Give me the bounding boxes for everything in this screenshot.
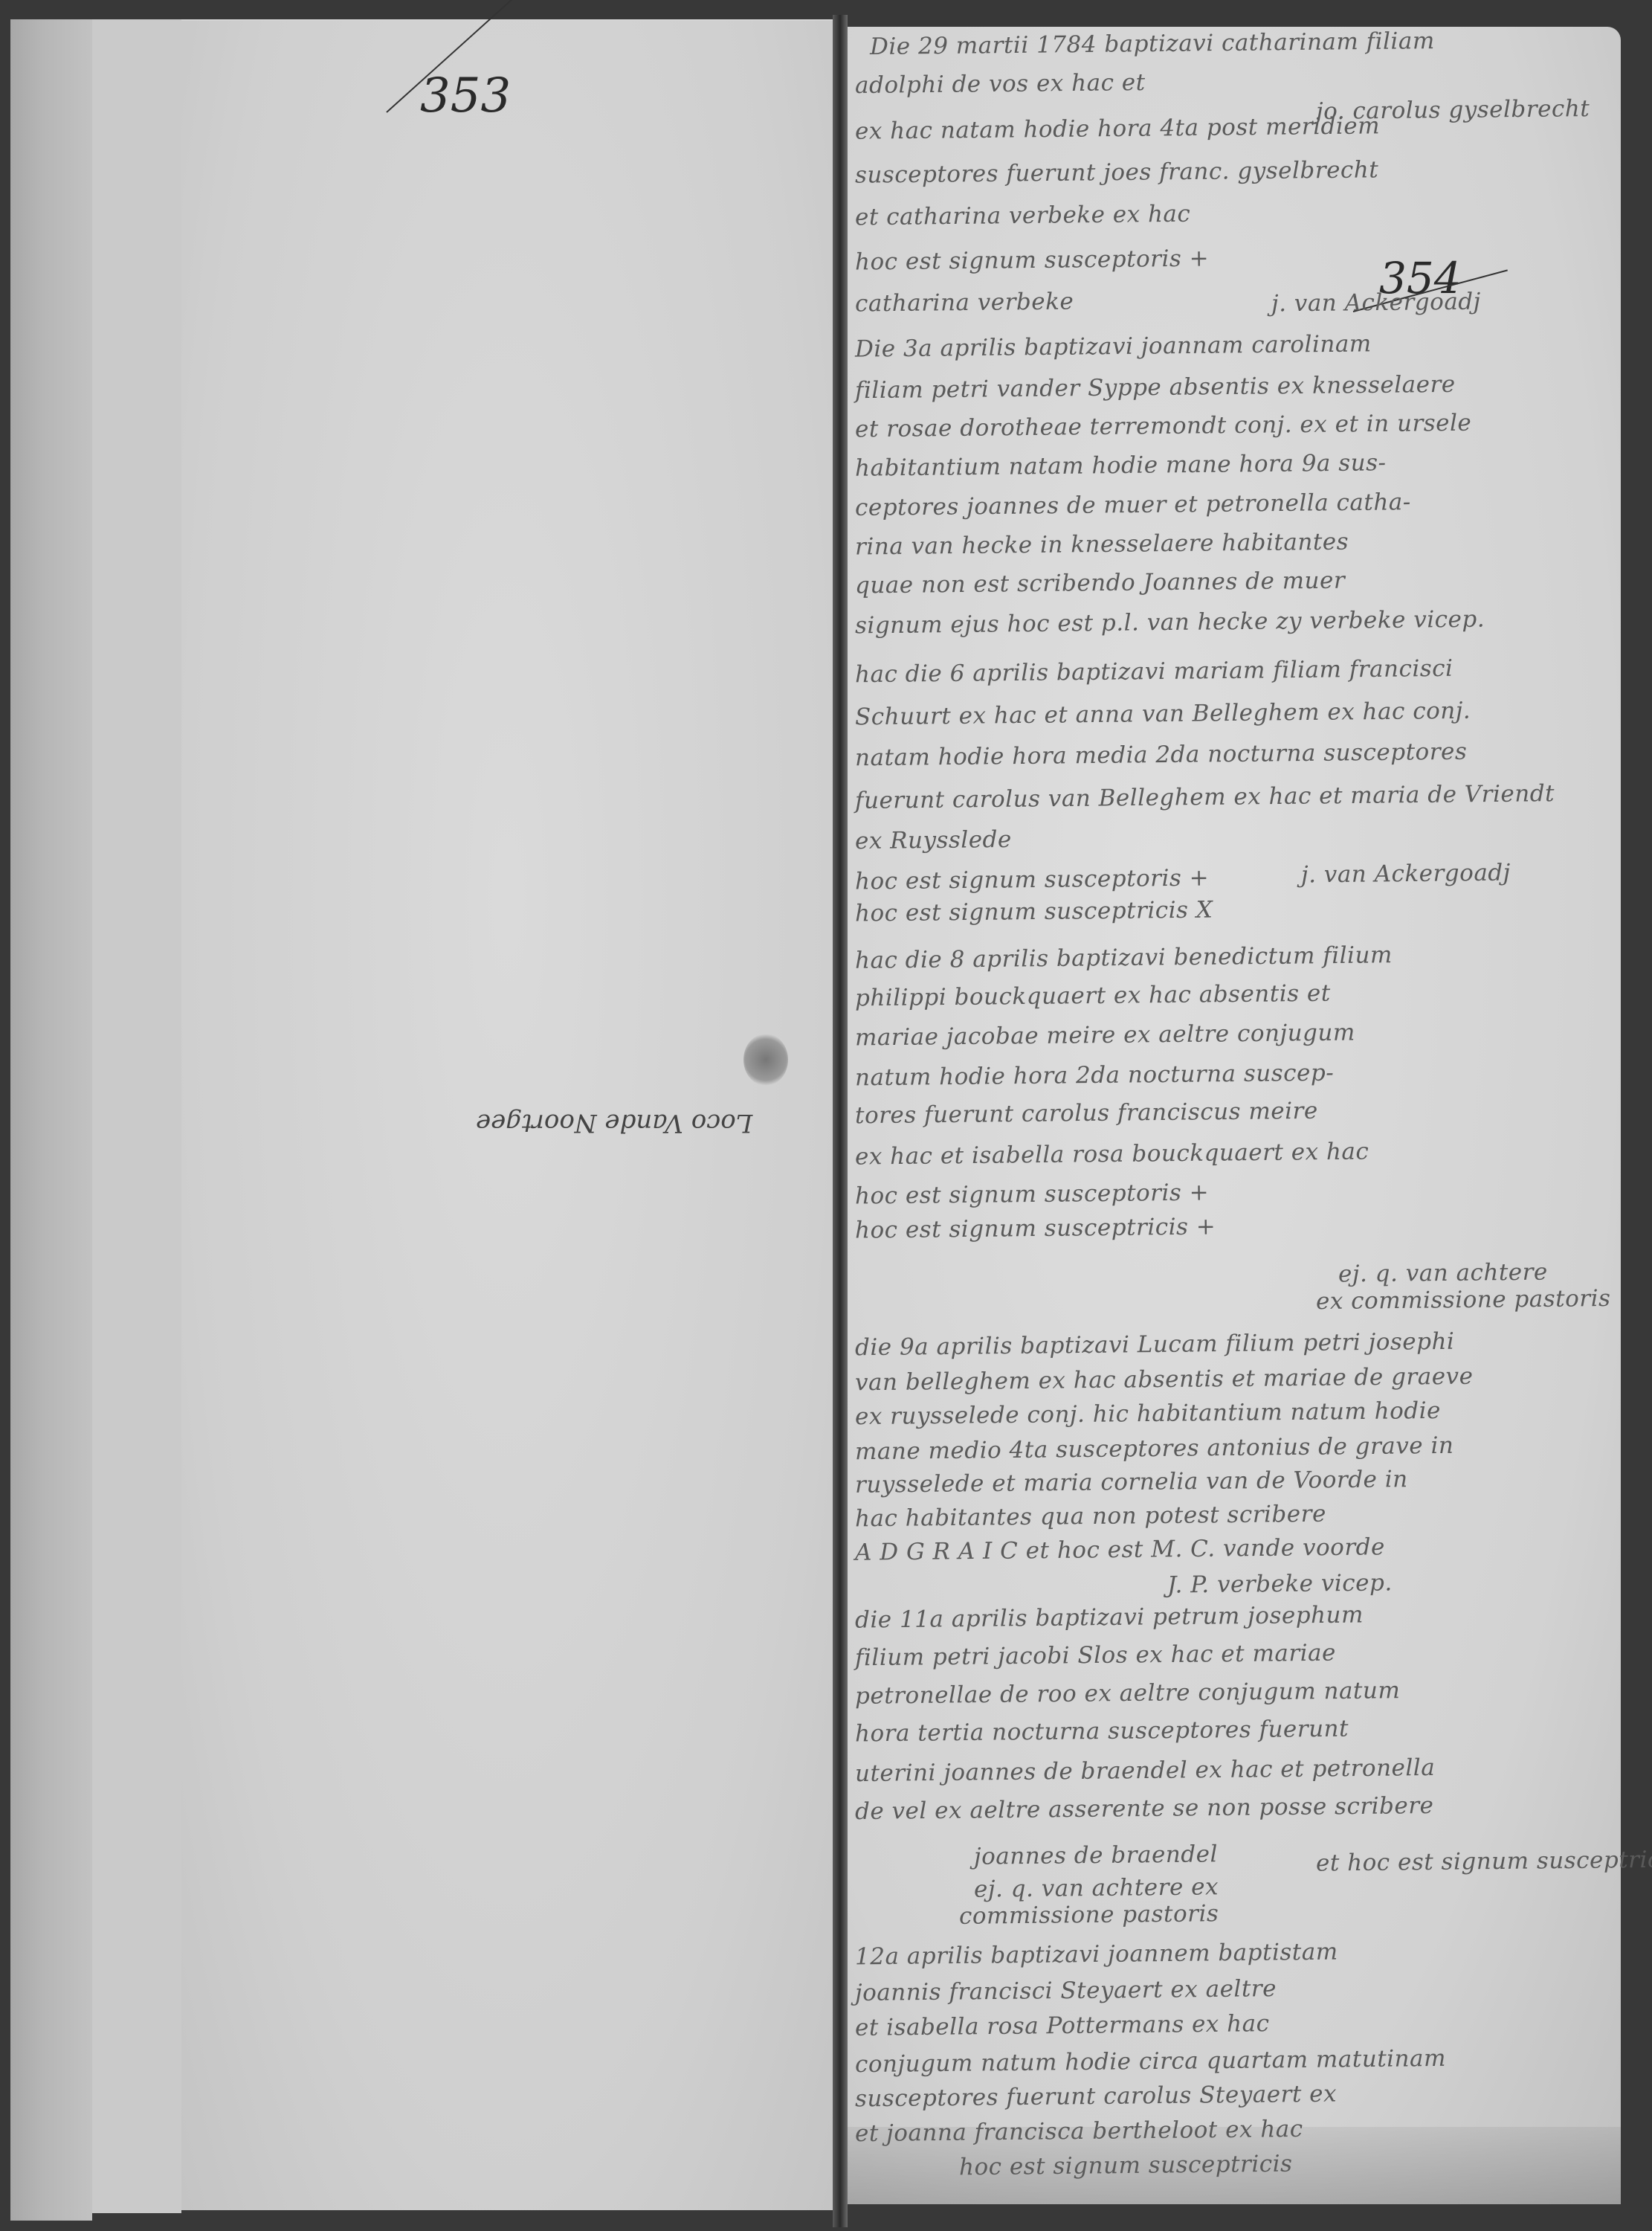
manuscript-line: adolphi de vos ex hac et xyxy=(855,69,1146,99)
manuscript-line: natum hodie hora 2da nocturna suscep- xyxy=(855,1060,1335,1092)
manuscript-line: ej. q. van achtere xyxy=(1338,1259,1548,1288)
ink-blot xyxy=(743,1034,788,1086)
manuscript-line: et isabella rosa Pottermans ex hac xyxy=(855,2010,1270,2041)
manuscript-line: et joanna francisca bertheloot ex hac xyxy=(855,2116,1303,2147)
manuscript-line: rina van hecke in knesselaere habitantes xyxy=(855,529,1349,561)
manuscript-line: Die 3a aprilis baptizavi joannam carolin… xyxy=(855,330,1372,362)
manuscript-line: die 11a aprilis baptizavi petrum josephu… xyxy=(855,1601,1364,1633)
manuscript-line: et hoc est signum susceptricis xyxy=(1316,1846,1652,1876)
manuscript-line: ex commissione pastoris xyxy=(1316,1285,1611,1315)
folio-number-left: 353 xyxy=(420,68,511,123)
manuscript-line: A D G R A I C et hoc est M. C. vande voo… xyxy=(855,1533,1385,1565)
manuscript-line: joannis francisci Steyaert ex aeltre xyxy=(855,1975,1277,2006)
manuscript-line: ex Ruysslede xyxy=(855,826,1012,854)
manuscript-line: petronellae de roo ex aeltre conjugum na… xyxy=(855,1677,1401,1710)
manuscript-line: hoc est signum susceptoris + xyxy=(855,245,1210,276)
manuscript-line: catharina verbeke xyxy=(855,288,1074,317)
manuscript-line: joannes de braendel xyxy=(974,1841,1218,1870)
book-gutter xyxy=(833,15,848,2227)
manuscript-line: ej. q. van achtere ex xyxy=(974,1873,1219,1902)
manuscript-line: hoc est signum susceptricis X xyxy=(855,896,1213,927)
manuscript-line: tores fuerunt carolus franciscus meire xyxy=(855,1098,1318,1130)
manuscript-line: hoc est signum susceptricis xyxy=(959,2151,1293,2181)
manuscript-line: philippi bouckquaert ex hac absentis et xyxy=(855,980,1331,1012)
binding-strip xyxy=(10,19,92,2221)
manuscript-line: jo. carolus gyselbrecht xyxy=(1316,95,1590,125)
manuscript-line: hac habitantes qua non potest scribere xyxy=(855,1501,1326,1533)
manuscript-line: ex hac et isabella rosa bouckquaert ex h… xyxy=(855,1138,1369,1170)
manuscript-line: hoc est signum susceptricis + xyxy=(855,1213,1216,1243)
manuscript-line: habitantium natam hodie mane hora 9a sus… xyxy=(855,449,1387,481)
manuscript-line: et catharina verbeke ex hac xyxy=(855,201,1191,231)
mirrored-bleedthrough-note: Loco Vande Noortgee xyxy=(476,1108,752,1138)
manuscript-line: j. van Ackergoadj xyxy=(1301,860,1511,889)
binding-paper-guard xyxy=(92,19,181,2213)
manuscript-line: commissione pastoris xyxy=(959,1900,1219,1930)
manuscript-line: hoc est signum susceptoris + xyxy=(855,865,1210,895)
manuscript-line: j. van Ackergoadj xyxy=(1271,289,1481,318)
manuscript-line: hoc est signum susceptoris + xyxy=(855,1179,1210,1210)
manuscript-line: 12a aprilis baptizavi joannem baptistam xyxy=(855,1939,1338,1971)
manuscript-line: mariae jacobae meire ex aeltre conjugum xyxy=(855,1019,1355,1051)
manuscript-line: hac die 8 aprilis baptizavi benedictum f… xyxy=(855,941,1393,974)
manuscript-line: susceptores fuerunt carolus Steyaert ex xyxy=(855,2081,1337,2113)
manuscript-line: ex hac natam hodie hora 4ta post meridie… xyxy=(855,112,1380,144)
manuscript-line: filium petri jacobi Slos ex hac et maria… xyxy=(855,1640,1336,1672)
manuscript-line: susceptores fuerunt joes franc. gyselbre… xyxy=(855,156,1379,188)
manuscript-line: J. P. verbeke vicep. xyxy=(1167,1569,1393,1598)
manuscript-line: hora tertia nocturna susceptores fuerunt xyxy=(855,1716,1349,1748)
manuscript-line: quae non est scribendo Joannes de muer xyxy=(855,567,1346,599)
scan-background: 353 Loco Vande Noortgee 354 Die 29 marti… xyxy=(0,0,1652,2231)
